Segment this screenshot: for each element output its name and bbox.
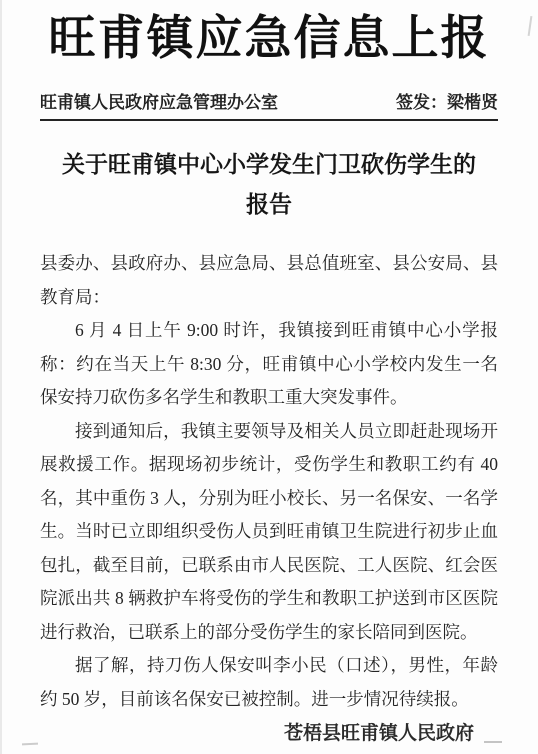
report-title-line2: 报告 [40, 185, 498, 225]
scan-edge-artifact [0, 0, 2, 754]
report-title-line1: 关于旺甫镇中心小学发生门卫砍伤学生的 [40, 145, 498, 185]
body-paragraph-1: 6 月 4 日上午 9:00 时许，我镇接到旺甫镇中心小学报称：约在当天上午 8… [40, 314, 498, 415]
signer-line: 签发：梁楷贤 [396, 92, 498, 114]
issuer-row: 旺甫镇人民政府应急管理办公室 签发：梁楷贤 [40, 92, 498, 114]
issuing-office: 旺甫镇人民政府应急管理办公室 [40, 92, 278, 114]
report-body: 县委办、县政府办、县应急局、县总值班室、县公安局、县教育局： 6 月 4 日上午… [40, 247, 498, 716]
masthead-title: 旺甫镇应急信息上报 [40, 0, 498, 68]
fold-mark-right [484, 741, 502, 743]
report-title: 关于旺甫镇中心小学发生门卫砍伤学生的 报告 [40, 145, 498, 225]
recipients-line: 县委办、县政府办、县应急局、县总值班室、县公安局、县教育局： [40, 247, 498, 314]
header-rule [40, 119, 498, 121]
body-paragraph-3: 据了解，持刀伤人保安叫李小民（口述），男性，年龄约 50 岁，目前该名保安已被控… [40, 649, 498, 716]
fold-mark-left [22, 743, 38, 746]
signature-block: 苍梧县旺甫镇人民政府 [284, 722, 474, 746]
document-page: 旺甫镇应急信息上报 旺甫镇人民政府应急管理办公室 签发：梁楷贤 关于旺甫镇中心小… [0, 0, 538, 754]
body-paragraph-2: 接到通知后，我镇主要领导及相关人员立即赶赴现场开展救援工作。据现场初步统计，受伤… [40, 415, 498, 650]
scan-smudge-artifact [528, 16, 533, 36]
